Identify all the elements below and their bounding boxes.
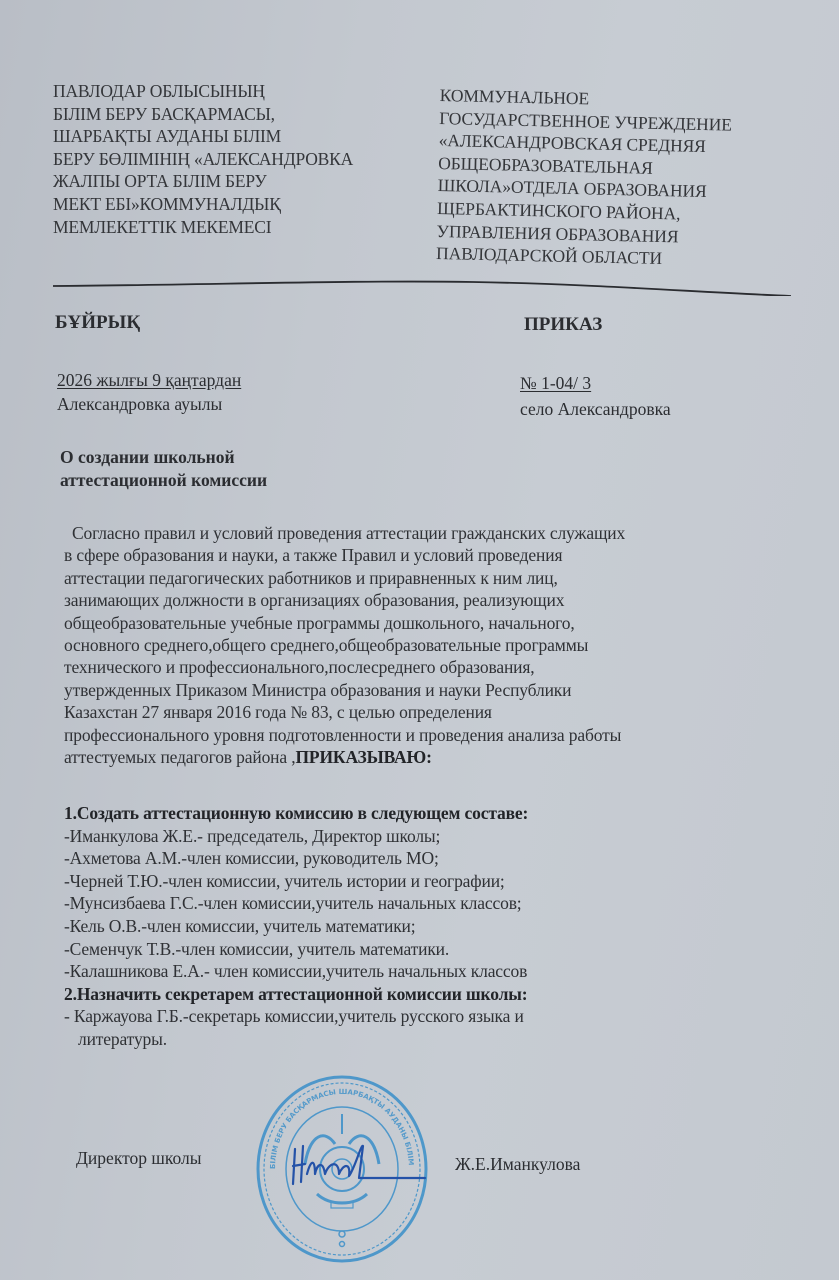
header-divider: [53, 278, 791, 296]
header-kz-line: МЕКТ ЕБІ»КОММУНАЛДЫҚ: [53, 193, 433, 216]
preamble-line: профессионального уровня подготовленност…: [64, 724, 804, 746]
secretary-line: - Каржауова Г.Б.-секретарь комиссии,учит…: [64, 1005, 804, 1028]
preamble-line: Казахстан 27 января 2016 года № 83, с це…: [64, 701, 804, 723]
title-ru: ПРИКАЗ: [524, 314, 602, 336]
preamble-line: аттестации педагогических работников и п…: [64, 567, 804, 589]
orders-list: 1.Создать аттестационную комиссию в след…: [64, 802, 804, 1051]
preamble-line: основного среднего,общего среднего,общео…: [64, 634, 804, 656]
preamble-line: аттестуемых педагогов района ,: [64, 747, 295, 767]
signatory-name: Ж.Е.Иманкулова: [455, 1154, 580, 1175]
header-kz-line: ШАРБАҚТЫ АУДАНЫ БІЛІМ: [53, 125, 433, 148]
header-kz-line: БІЛІМ БЕРУ БАСҚАРМАСЫ,: [53, 103, 433, 126]
header-kz: ПАВЛОДАР ОБЛЫСЫНЫҢ БІЛІМ БЕРУ БАСҚАРМАСЫ…: [53, 80, 433, 238]
subject-line: О создании школьной: [60, 446, 267, 469]
date-block-kz: 2026 жылғы 9 қаңтардан Александровка ауы…: [57, 368, 241, 416]
title-kz: БҰЙРЫҚ: [55, 312, 140, 334]
header-kz-line: ПАВЛОДАР ОБЛЫСЫНЫҢ: [53, 80, 433, 103]
commission-member: -Кель О.В.-член комиссии, учитель матема…: [64, 915, 804, 938]
commission-member: -Черней Т.Ю.-член комиссии, учитель исто…: [64, 870, 804, 893]
subject-line: аттестационной комиссии: [60, 469, 267, 492]
date-block-ru: № 1-04/ 3 село Александровка: [520, 370, 671, 422]
commission-member: -Иманкулова Ж.Е.- председатель, Директор…: [64, 825, 804, 848]
header-kz-line: МЕМЛЕКЕТТІК МЕКЕМЕСІ: [53, 216, 433, 239]
preamble-line: Согласно правил и условий проведения атт…: [64, 522, 804, 544]
preamble-line: в сфере образования и науки, а также Пра…: [64, 544, 804, 566]
preamble-line: технического и профессионального,послеср…: [64, 656, 804, 678]
stamp-ring-text: БІЛІМ БЕРУ БАСҚАРМАСЫ ШАРБАҚТЫ АУДАНЫ БІ…: [255, 1074, 415, 1169]
place-kz: Александровка ауылы: [57, 392, 241, 416]
preamble: Согласно правил и условий проведения атт…: [64, 522, 804, 768]
order-item-2-heading: 2.Назначить секретарем аттестационной ко…: [64, 983, 804, 1006]
preamble-last-line: аттестуемых педагогов района ,ПРИКАЗЫВАЮ…: [64, 746, 804, 768]
order-item-1-heading: 1.Создать аттестационную комиссию в след…: [64, 802, 804, 825]
header-kz-line: ЖАЛПЫ ОРТА БІЛІМ БЕРУ: [53, 170, 433, 193]
header-kz-line: БЕРУ БӨЛІМІНІҢ «АЛЕКСАНДРОВКА: [53, 148, 433, 171]
order-number: № 1-04/ 3: [520, 370, 671, 396]
order-subject: О создании школьной аттестационной комис…: [60, 446, 267, 492]
order-word: ПРИКАЗЫВАЮ:: [295, 747, 431, 767]
secretary-line: литературы.: [64, 1028, 804, 1051]
order-date: 2026 жылғы 9 қаңтардан: [57, 368, 241, 392]
commission-member: -Семенчук Т.В.-член комиссии, учитель ма…: [64, 938, 804, 961]
place-ru: село Александровка: [520, 396, 671, 422]
preamble-line: занимающих должности в организациях обра…: [64, 589, 804, 611]
commission-member: -Ахметова А.М.-член комиссии, руководите…: [64, 847, 804, 870]
preamble-line: утвержденных Приказом Министра образован…: [64, 679, 804, 701]
commission-member: -Мунсизбаева Г.С.-член комиссии,учитель …: [64, 892, 804, 915]
document-page: ПАВЛОДАР ОБЛЫСЫНЫҢ БІЛІМ БЕРУ БАСҚАРМАСЫ…: [0, 0, 839, 1280]
header-ru: КОММУНАЛЬНОЕ ГОСУДАРСТВЕННОЕ УЧРЕЖДЕНИЕ …: [436, 84, 800, 273]
preamble-line: общеобразовательные учебные программы до…: [64, 612, 804, 634]
official-stamp-icon: БІЛІМ БЕРУ БАСҚАРМАСЫ ШАРБАҚТЫ АУДАНЫ БІ…: [255, 1074, 430, 1264]
signatory-role: Директор школы: [76, 1148, 201, 1169]
commission-member: -Калашникова Е.А.- член комиссии,учитель…: [64, 960, 804, 983]
